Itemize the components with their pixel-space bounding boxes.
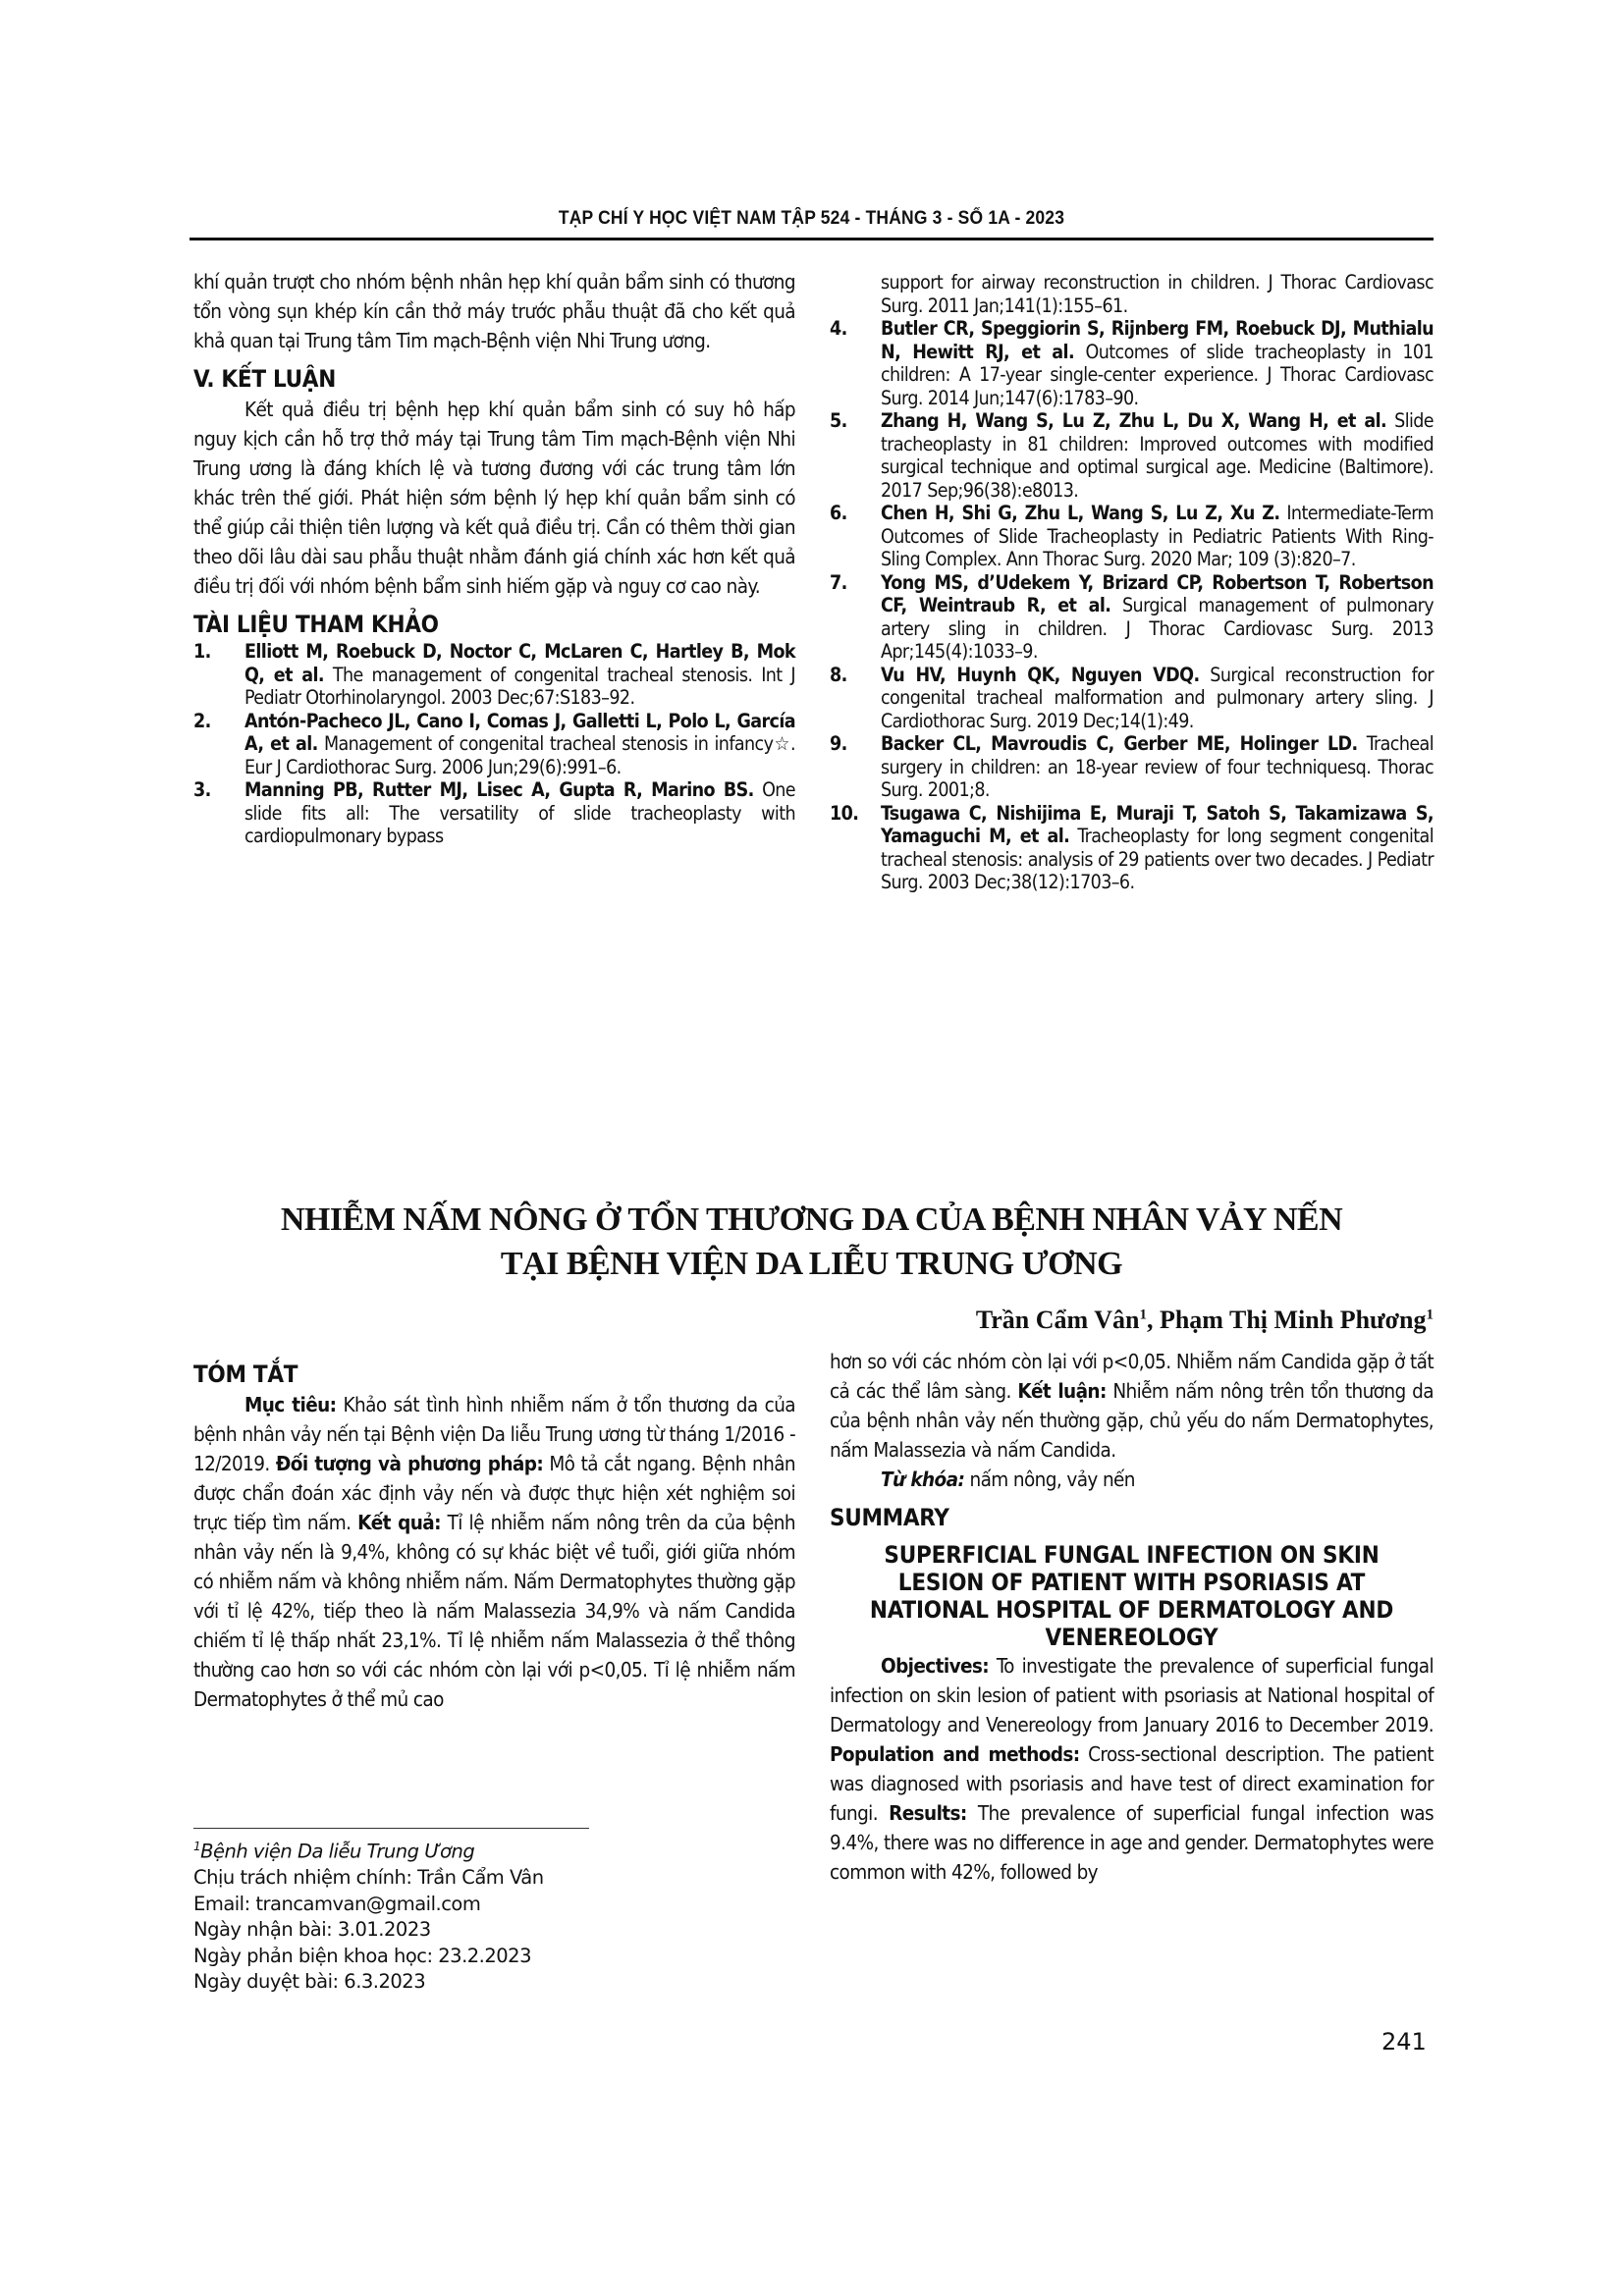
reference-item: 6.Chen H, Shi G, Zhu L, Wang S, Lu Z, Xu… [830,502,1434,571]
email: Email: trancamvan@gmail.com [193,1892,795,1918]
reference-number: 10. [830,802,858,826]
reference-authors: Manning PB, Rutter MJ, Lisec A, Gupta R,… [244,778,754,801]
conclusion-paragraph: Kết quả điều trị bệnh hẹp khí quản bẩm s… [193,395,795,601]
keywords-label: Từ khóa: [881,1468,964,1491]
reference-item: 8.Vu HV, Huynh QK, Nguyen VDQ. Surgical … [830,664,1434,733]
author-affiliation-mark: 1 [1427,1307,1435,1322]
abstract-vi: TÓM TẮT Mục tiêu: Khảo sát tình hình nhi… [193,1359,795,1714]
summary-title: SUPERFICIAL FUNGAL INFECTION ON SKIN LES… [830,1541,1434,1651]
footnotes: 1Bệnh viện Da liễu Trung Ương Chịu trách… [193,1834,795,1996]
reference-number: 8. [830,664,847,687]
continued-paragraph: khí quản trượt cho nhóm bệnh nhân hẹp kh… [193,267,795,355]
article-authors: Trần Cẩm Vân1, Phạm Thị Minh Phương1 [976,1306,1434,1335]
right-column-bottom: hơn so với các nhóm còn lại với p<0,05. … [830,1347,1434,1887]
reference-number: 6. [830,502,847,525]
page-number: 241 [1381,2028,1427,2056]
reference-authors: Zhang H, Wang S, Lu Z, Zhu L, Du X, Wang… [881,409,1386,432]
objectives-label: Objectives: [881,1654,989,1678]
reference-number: 1. [193,640,211,664]
results-label: Results: [889,1801,967,1825]
abstract-continued: hơn so với các nhóm còn lại với p<0,05. … [830,1347,1434,1465]
abstract-heading: TÓM TẮT [193,1359,795,1390]
author-name: Trần Cẩm Vân [976,1306,1140,1334]
accepted-date: Ngày duyệt bài: 6.3.2023 [193,1969,795,1996]
author-separator: , [1147,1306,1160,1334]
reference-item: 9.Backer CL, Mavroudis C, Gerber ME, Hol… [830,732,1434,802]
right-column-top: support for airway reconstruction in chi… [830,271,1434,894]
reference-item: 5.Zhang H, Wang S, Lu Z, Zhu L, Du X, Wa… [830,409,1434,502]
left-column-top: khí quản trượt cho nhóm bệnh nhân hẹp kh… [193,267,795,848]
reference-number: 5. [830,409,847,433]
author-name: Phạm Thị Minh Phương [1160,1306,1427,1334]
methods-label: Population and methods: [830,1742,1080,1766]
reference-number: 9. [830,732,847,756]
reference-item: 10.Tsugawa C, Nishijima E, Muraji T, Sat… [830,802,1434,894]
results-label: Kết quả: [357,1511,441,1534]
affiliation-text: Bệnh viện Da liễu Trung Ương [200,1841,474,1863]
references-heading: TÀI LIỆU THAM KHẢO [193,609,795,640]
reference-authors: Chen H, Shi G, Zhu L, Wang S, Lu Z, Xu Z… [881,502,1279,524]
reference-number: 4. [830,317,847,341]
article-title-line2: TẠI BỆNH VIỆN DA LIỄU TRUNG ƯƠNG [189,1242,1434,1286]
reference-authors: Backer CL, Mavroudis C, Gerber ME, Holin… [881,732,1358,755]
references-list-right: support for airway reconstruction in chi… [830,271,1434,894]
reference-item: 2.Antón-Pacheco JL, Cano I, Comas J, Gal… [193,710,795,779]
reference-item: 7.Yong MS, d’Udekem Y, Brizard CP, Rober… [830,571,1434,664]
reference-text: The management of congenital tracheal st… [244,664,795,710]
reference-text: Management of congenital tracheal stenos… [244,732,795,778]
reference-number: 7. [830,571,847,595]
objective-label: Mục tiêu: [244,1393,336,1416]
reviewed-date: Ngày phản biện khoa học: 23.2.2023 [193,1944,795,1970]
reference-number: 3. [193,778,211,802]
abstract-paragraph: Mục tiêu: Khảo sát tình hình nhiễm nấm ở… [193,1390,795,1714]
references-list-left: 1.Elliott M, Roebuck D, Noctor C, McLare… [193,640,795,848]
results-text: Tỉ lệ nhiễm nấm nông trên da của bệnh nh… [193,1511,795,1711]
article-title: NHIỄM NẤM NÔNG Ở TỔN THƯƠNG DA CỦA BỆNH … [189,1198,1434,1286]
reference-number: 2. [193,710,211,733]
keywords: Từ khóa: nấm nông, vảy nến [830,1465,1434,1494]
author-affiliation-mark: 1 [1139,1307,1147,1322]
reference-item: 1.Elliott M, Roebuck D, Noctor C, McLare… [193,640,795,710]
conclusion-heading: V. KẾT LUẬN [193,363,795,395]
header-rule [189,238,1434,240]
conclusion-label: Kết luận: [1017,1379,1106,1403]
reference-continuation: support for airway reconstruction in chi… [830,271,1434,317]
reference-item: 4.Butler CR, Speggiorin S, Rijnberg FM, … [830,317,1434,409]
reference-text: support for airway reconstruction in chi… [881,271,1434,317]
reference-authors: Vu HV, Huynh QK, Nguyen VDQ. [881,664,1200,686]
article-title-line1: NHIỄM NẤM NÔNG Ở TỔN THƯƠNG DA CỦA BỆNH … [189,1198,1434,1242]
reference-item: 3.Manning PB, Rutter MJ, Lisec A, Gupta … [193,778,795,848]
corresponding-author: Chịu trách nhiệm chính: Trần Cẩm Vân [193,1865,795,1892]
summary-heading: SUMMARY [830,1502,1434,1533]
journal-header: TẠP CHÍ Y HỌC VIỆT NAM TẬP 524 - THÁNG 3… [240,208,1384,230]
affiliation: 1Bệnh viện Da liễu Trung Ương [193,1834,795,1865]
received-date: Ngày nhận bài: 3.01.2023 [193,1917,795,1944]
summary-paragraph: Objectives: To investigate the prevalenc… [830,1651,1434,1887]
methods-label: Đối tượng và phương pháp: [276,1452,543,1475]
keywords-text: nấm nông, vảy nến [964,1468,1135,1491]
footnote-rule [193,1828,589,1829]
